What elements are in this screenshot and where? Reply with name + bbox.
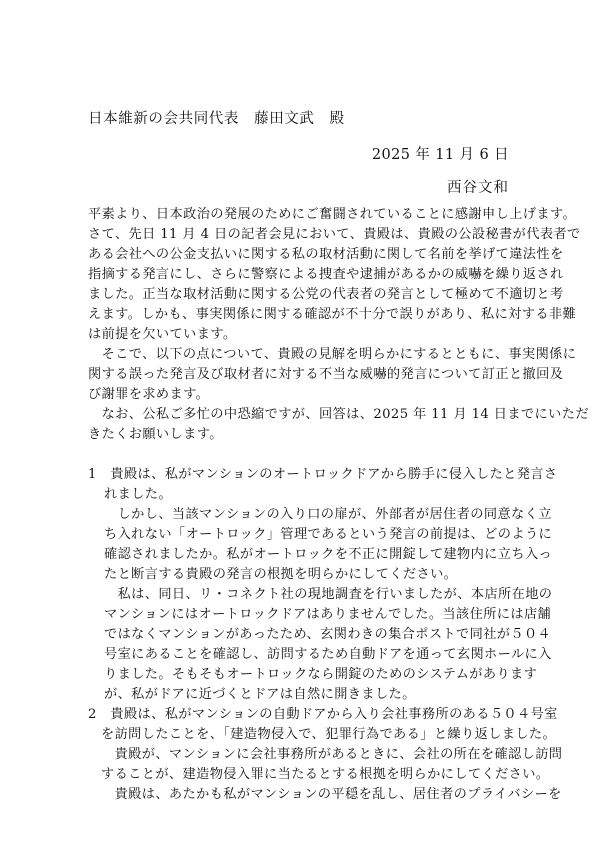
body-line: なお、公私ご多忙の中恐縮ですが、回答は、2025 年 11 月 14 日までにい… xyxy=(88,407,589,423)
item-line: 貴殿は、あたかも私がマンションの平穏を乱し、居住者のプライバシーを xyxy=(101,787,562,803)
item-line: 貴殿が、マンションに会社事務所があるときに、会社の所在を確認し訪問 xyxy=(101,747,562,763)
body-line: えます。しかも、事実関係に関する確認が不十分で誤りがあり、私に対する非難 xyxy=(88,307,576,323)
body-line: そこで、以下の点について、貴殿の見解を明らかにするとともに、事実関係に xyxy=(88,347,576,363)
body-line: び謝罪を求めます。 xyxy=(88,387,209,403)
item-line: ち入れない「オートロック」管理であるという発言の前提は、どのように xyxy=(104,527,552,543)
item-line: 号室にあることを確認し、訪問するため自動ドアを通って玄関ホールに入 xyxy=(104,647,552,663)
item-line: たと断言する貴殿の発言の根拠を明らかにしてください。 xyxy=(104,567,457,583)
item-line: 私は、同日、リ・コネクト社の現地調査を行いましたが、本店所在地の xyxy=(104,587,552,603)
item-line: が、私がドアに近づくとドアは自然に開きました。 xyxy=(104,687,416,703)
item-line: れました。 xyxy=(104,487,172,503)
item-line: 2 貴殿は、私がマンションの自動ドアから入り会社事務所のある５０４号室 xyxy=(88,707,558,723)
item-line: を訪問したことを、「建造物侵入で、犯罪行為である」と繰り返しました。 xyxy=(101,727,556,743)
sender-name: 西谷文和 xyxy=(447,180,509,196)
item-line: しかし、当該マンションの入り口の扉が、外部者が居住者の同意なく立 xyxy=(104,507,552,523)
item-line: 1 貴殿は、私がマンションのオートロックドアから勝手に侵入したと発言さ xyxy=(88,467,558,483)
letter-date: 2025 年 11 月 6 日 xyxy=(372,147,509,163)
body-line: 関する誤った発言及び取材者に対する不当な威嚇的発言について訂正と撤回及 xyxy=(88,367,563,383)
item-line: ではなくマンションがあったため、玄関わきの集合ポストで同社が５０４ xyxy=(104,627,551,643)
body-line: きたくお願いします。 xyxy=(88,427,223,443)
body-line: さて、先日 11 月 4 日の記者会見において、貴殿は、貴殿の公設秘書が代表者で xyxy=(88,227,581,243)
body-line: ある会社への公金支払いに関する私の取材活動に関して名前を挙げて違法性を xyxy=(88,247,564,263)
addressee: 日本維新の会共同代表 藤田文武 殿 xyxy=(88,111,345,127)
body-line: 指摘する発言にし、さらに警察による捜査や逮捕があるかの威嚇を繰り返され xyxy=(88,267,564,283)
body-line: ました。正当な取材活動に関する公党の代表者の発言として極めて不適切と考 xyxy=(88,287,564,303)
body-line: 平素より、日本政治の発展のためにご奮闘されていることに感謝申し上げます。 xyxy=(88,207,576,223)
item-line: することが、建造物侵入罪に当たるとする根拠を明らかにしてください。 xyxy=(101,767,549,783)
item-line: 確認されましたか。私がオートロックを不正に開錠して建物内に立ち入っ xyxy=(104,547,552,563)
item-line: りました。そもそもオートロックなら開錠のためのシステムがあります xyxy=(104,667,537,683)
item-line: マンションにはオートロックドアはありませんでした。当該住所には店舗 xyxy=(104,607,551,623)
body-line: は前提を欠いています。 xyxy=(88,327,236,343)
letter-page: 日本維新の会共同代表 藤田文武 殿 2025 年 11 月 6 日 西谷文和 平… xyxy=(0,0,595,841)
